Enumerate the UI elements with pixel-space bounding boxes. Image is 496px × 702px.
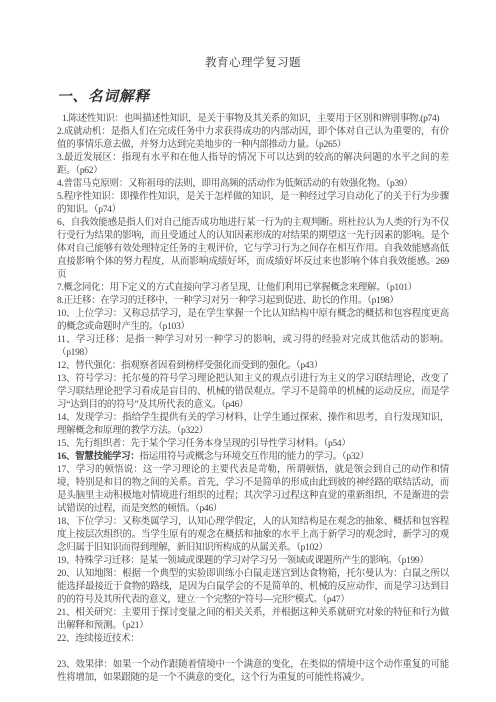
- term-item-text: 在学习的迁移中，一种学习对另一种学习起到促进、助长的作用。（p198）: [100, 296, 398, 306]
- term-item-text: 是某一领域或课题的学习对学习另一领域或课题所产生的影响。（p199）: [140, 556, 429, 566]
- term-item-label: 12、替代强化：: [57, 361, 121, 371]
- term-item: 6、自我效能感是指人们对自己能否成功地进行某一行为的主观判断。班杜拉认为人类的行…: [57, 217, 449, 282]
- term-item-text: 先于某个学习任务本身呈现的引导性学习材料。（p54）: [130, 439, 350, 449]
- term-item-text: 也叫描述性知识，是关于事物及其关系的知识，主要用于区别和辨别事物.(p74): [124, 114, 440, 124]
- term-item-label: 7.概念同化：: [57, 283, 110, 293]
- term-item-label: 11、学习迁移：: [57, 335, 125, 345]
- term-item: 13、符号学习：托尔曼的符号学习理论把认知主义的观点引进行为主义的学习联结理论，…: [57, 373, 449, 412]
- term-item-label: 3.最近发展区：: [57, 153, 122, 163]
- term-item: 3.最近发展区：指现有水平和在他人指导的情况下可以达到的较高的解决问题的水平之间…: [57, 152, 449, 178]
- term-item-label: 19、特殊学习迁移：: [57, 556, 140, 566]
- term-item-label: 1.陈述性知识：: [62, 114, 124, 124]
- term-item: 21、相关研究：主要用于探讨变量之间的相关关系，并根据这种关系就研究对象的特征和…: [57, 607, 449, 633]
- term-item: 23、效果律：如果一个动作跟随着情境中一个满意的变化，在类似的情境中这个动作重复…: [57, 659, 449, 685]
- term-item: 1.陈述性知识：也叫描述性知识，是关于事物及其关系的知识，主要用于区别和辨别事物…: [57, 113, 449, 126]
- term-item-text: 自我效能感是指人们对自己能否成功地进行某一行为的主观判断。班杜拉认为人类的行为不…: [57, 218, 449, 280]
- document-page: 教育心理学复习题 一、名词解释 1.陈述性知识：也叫描述性知识，是关于事物及其关…: [0, 0, 496, 702]
- term-item: 8.正迁移：在学习的迁移中，一种学习对另一种学习起到促进、助长的作用。（p198…: [57, 295, 449, 308]
- term-item: 10、上位学习：又称总括学习，是在学生掌握一个比认知结构中原有概念的概括和包容程…: [57, 308, 449, 334]
- term-item: 4.普雷马克原则：又称祖母的法则，即用高频的活动作为低频活动的有效强化物。（p3…: [57, 178, 449, 191]
- term-item-label: 13、符号学习：: [57, 374, 122, 384]
- term-item: 11、学习迁移：是指一种学习对另一种学习的影响，或习得的经验对完成其他活动的影响…: [57, 334, 449, 360]
- term-item-label: 10、上位学习：: [57, 309, 122, 319]
- term-item-label: 8.正迁移：: [57, 296, 100, 306]
- term-item-label: 17、学习的顿悟说：: [57, 465, 143, 475]
- term-item-label: 16、智慧技能学习：: [57, 452, 140, 462]
- term-item-label: 18、下位学习：: [57, 517, 122, 527]
- term-item-label: 15、先行组织者：: [57, 439, 130, 449]
- term-item: 12、替代强化：指观察者因看到榜样受强化而受到的强化。（p43）: [57, 360, 449, 373]
- term-item-text: 如果一个动作跟随着情境中一个满意的变化，在类似的情境中这个动作重复的可能性将增加…: [57, 660, 449, 683]
- term-item: 17、学习的顿悟说：这一学习理论的主要代表是苛勒，所谓顿悟，就是领会到自己的动作…: [57, 464, 449, 516]
- term-item-label: 4.普雷马克原则：: [57, 179, 128, 189]
- term-item-text: 用下定义的方式直接向学习者呈现，让他们利用已掌握概念来理解。（p101）: [110, 283, 417, 293]
- term-item-label: 23、效果律：: [57, 660, 113, 670]
- term-item-text: 指观察者因看到榜样受强化而受到的强化。（p43）: [121, 361, 323, 371]
- term-item-text: 又称祖母的法则，即用高频的活动作为低频活动的有效强化物。（p39）: [128, 179, 413, 189]
- document-title: 教育心理学复习题: [57, 54, 449, 70]
- term-item-text: 是指人们在完成任务中力求获得成功的内部动因，即个体对自己认为重要的，有价值的事情…: [57, 127, 449, 150]
- term-item-label: 22、连续接近技术：: [57, 634, 140, 644]
- term-item-label: 2.成就动机：: [57, 127, 111, 137]
- term-item: 18、下位学习：又称类属学习，认知心理学假定，人的认知结构是在观念的抽象、概括和…: [57, 516, 449, 555]
- term-item-text: 指运用符号或概念与环境交互作用的能力的学习。（p32）: [140, 452, 369, 462]
- term-item: 15、先行组织者：先于某个学习任务本身呈现的引导性学习材料。（p54）: [57, 438, 449, 451]
- term-item: 19、特殊学习迁移：是某一领域或课题的学习对学习另一领域或课题所产生的影响。（p…: [57, 555, 449, 568]
- term-item-label: 21、相关研究：: [57, 608, 122, 618]
- term-item-label: 5.程序性知识：: [57, 192, 120, 202]
- term-item: 2.成就动机：是指人们在完成任务中力求获得成功的内部动因，即个体对自己认为重要的…: [57, 126, 449, 152]
- term-item: 20、认知地图：根据一个典型的实验即训练小白鼠走迷宫到达食物箱，托尔曼认为：白鼠…: [57, 568, 449, 607]
- term-item: 16、智慧技能学习：指运用符号或概念与环境交互作用的能力的学习。（p32）: [57, 451, 449, 464]
- term-item-label: 6、: [57, 218, 71, 228]
- term-item-label: 14、发现学习：: [57, 413, 122, 423]
- term-item-label: 20、认知地图：: [57, 569, 122, 579]
- section-heading: 一、名词解释: [57, 85, 449, 106]
- term-item: 22、连续接近技术：: [57, 633, 449, 646]
- term-list: 1.陈述性知识：也叫描述性知识，是关于事物及其关系的知识，主要用于区别和辨别事物…: [57, 113, 449, 685]
- term-item: 5.程序性知识：即操作性知识，是关于怎样做的知识，是一种经过学习自动化了的关于行…: [57, 191, 449, 217]
- term-item: 14、发现学习：指给学生提供有关的学习材料，让学生通过探索、操作和思考，自行发现…: [57, 412, 449, 438]
- term-item: 7.概念同化：用下定义的方式直接向学习者呈现，让他们利用已掌握概念来理解。（p1…: [57, 282, 449, 295]
